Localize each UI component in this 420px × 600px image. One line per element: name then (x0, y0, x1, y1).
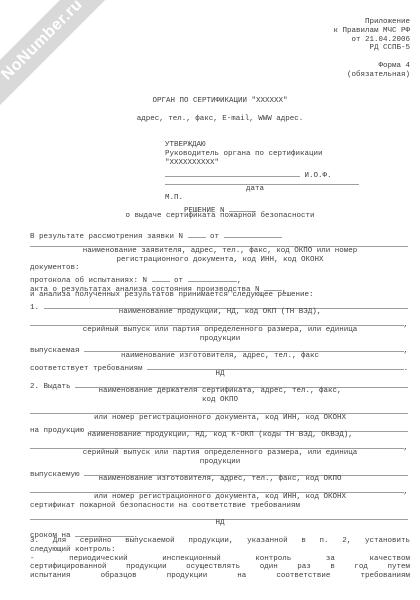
fill-line (30, 511, 410, 520)
body-line: и анализа полученных результатов принима… (30, 291, 410, 300)
stamp-hint: М.П. (30, 194, 410, 203)
fill-line: , (30, 440, 410, 449)
appendix-line: Приложение (30, 18, 410, 27)
doc-text: следующий контроль: (30, 546, 116, 554)
fill-in-blank (188, 229, 206, 238)
body-line: выпускаемую (30, 467, 410, 476)
hint-line: наименование изготовителя, адрес, тел., … (30, 352, 410, 361)
doc-text: адрес, тел., факс, E-mail, WWW адрес. (137, 115, 304, 123)
body-line: следующий контроль: (30, 546, 410, 555)
hint-line: наименование держателя сертификата, адре… (30, 387, 410, 396)
body-line: испытания образцов продукции на соответс… (30, 572, 410, 581)
doc-text: сертификат пожарной безопасности на соот… (30, 502, 300, 510)
org-contacts: адрес, тел., факс, E-mail, WWW адрес. (30, 115, 410, 124)
fill-in-blank (165, 168, 300, 177)
fill-in-blank (84, 343, 404, 352)
doc-text: дата (246, 185, 264, 193)
doc-text: наименование заявителя, адрес, тел., фак… (83, 247, 358, 255)
doc-text: и анализа полученных результатов принима… (30, 291, 314, 299)
doc-text: Приложение (365, 18, 410, 26)
hint-line: наименование продукции, НД, код К-ОКП (к… (30, 431, 410, 440)
hint-line: продукции (30, 458, 410, 467)
approval-block: Руководитель органа по сертификации (30, 150, 410, 159)
doc-text: УТВЕРЖДАЮ (165, 141, 206, 149)
fill-in-blank (229, 203, 256, 212)
date-hint: дата (30, 185, 410, 194)
doc-text: , (404, 444, 409, 452)
doc-text: регистрационного документа, код ИНН, код… (116, 256, 323, 264)
hint-line: регистрационного документа, код ИНН, код… (30, 256, 410, 265)
doc-text: серийный выпуск или партия определенного… (83, 449, 358, 457)
doc-text: выпускаемую (30, 471, 84, 479)
hint-line: или номер регистрационного документа, ко… (30, 414, 410, 423)
fill-in-blank (224, 229, 283, 238)
doc-text: РД ССПБ-5 (369, 44, 410, 52)
decision-title: РЕШЕНИЕ N (30, 203, 410, 212)
body-line: В результате рассмотрения заявки N от (30, 229, 410, 238)
hint-line: наименование продукции, НД, код ОКП (ТН … (30, 308, 410, 317)
doc-text: документов: (30, 264, 80, 272)
decision-subtitle: о выдаче сертификата пожарной безопаснос… (30, 212, 410, 221)
doc-text: 2. Выдать (30, 383, 75, 391)
doc-text: к Правилам МЧС РФ (333, 27, 410, 35)
doc-text: НД (215, 519, 224, 527)
doc-text: "XXXXXXXXXX" (165, 159, 219, 167)
doc-text: от 21.04.2006 (351, 36, 410, 44)
blank-line (30, 124, 410, 133)
signature-line: И.О.Ф. (30, 168, 410, 177)
blank-line (30, 106, 410, 115)
hint-line: продукции (30, 335, 410, 344)
doc-text: наименование продукции, НД, код К-ОКП (к… (87, 431, 353, 439)
doc-text: 3. Для серийно выпускаемой продукции, ук… (30, 537, 410, 545)
blank-line (30, 132, 410, 141)
item-3: 3. Для серийно выпускаемой продукции, ук… (30, 537, 410, 546)
doc-text: наименование изготовителя, адрес, тел., … (121, 352, 319, 360)
form-mark: Форма 4 (30, 62, 410, 71)
item-2: 2. Выдать (30, 379, 410, 388)
body-line: соответствует требованиям . (30, 361, 410, 370)
hint-line: или номер регистрационного документа, ко… (30, 493, 410, 502)
form-mark: (обязательная) (30, 71, 410, 80)
fill-in-blank (89, 423, 409, 432)
doc-text: наименование продукции, НД, код ОКП (ТН … (119, 308, 322, 316)
doc-text: сертифицированной продукции осуществлять… (30, 563, 410, 571)
doc-text: соответствует требованиям (30, 365, 147, 373)
doc-text: НД (215, 370, 224, 378)
fill-in-blank (152, 273, 170, 282)
appendix-line: от 21.04.2006 (30, 36, 410, 45)
blank-line (30, 220, 410, 229)
hint-line: наименование заявителя, адрес, тел., фак… (30, 247, 410, 256)
body-line: сроком на . (30, 528, 410, 537)
doc-text: - периодический инспекционный контроль з… (30, 555, 410, 563)
doc-text: наименование изготовителя, адрес, тел., … (98, 475, 341, 483)
fill-in-blank (264, 282, 282, 291)
fill-in-blank (30, 511, 408, 520)
body-line: документов: (30, 264, 410, 273)
org-title: ОРГАН ПО СЕРТИФИКАЦИИ "XXXXXX" (30, 97, 410, 106)
fill-in-blank (188, 273, 238, 282)
fill-in-blank (30, 440, 404, 449)
doc-text: или номер регистрационного документа, ко… (94, 414, 346, 422)
body-line: сертифицированной продукции осуществлять… (30, 563, 410, 572)
blank-line (30, 88, 410, 97)
doc-text: 1. (30, 304, 44, 312)
doc-text: , (404, 321, 409, 329)
date-line (30, 176, 410, 185)
doc-text: ОРГАН ПО СЕРТИФИКАЦИИ "XXXXXX" (152, 97, 287, 105)
doc-text: испытания образцов продукции на соответс… (30, 572, 410, 580)
doc-text: или номер регистрационного документа, ко… (94, 493, 346, 501)
appendix-line: к Правилам МЧС РФ (30, 27, 410, 36)
fill-line (30, 238, 410, 247)
fill-in-blank (30, 405, 408, 414)
doc-text: на продукцию (30, 427, 89, 435)
blank-line (30, 80, 410, 89)
fill-in-blank (30, 317, 404, 326)
doc-text: код ОКПО (202, 396, 238, 404)
appendix-line: РД ССПБ-5 (30, 44, 410, 53)
blank-line (30, 53, 410, 62)
fill-in-blank (44, 300, 409, 309)
doc-text: , (404, 347, 409, 355)
fill-line: , (30, 317, 410, 326)
doc-text: наименование держателя сертификата, адре… (98, 387, 341, 395)
fill-in-blank (75, 528, 134, 537)
fill-in-blank (30, 484, 404, 493)
fill-line: , (30, 484, 410, 493)
document-body: Приложениек Правилам МЧС РФот 21.04.2006… (30, 18, 410, 581)
approval-block: УТВЕРЖДАЮ (30, 141, 410, 150)
body-line: на продукцию (30, 423, 410, 432)
fill-in-blank (165, 176, 359, 185)
document-page: NoNumber.ru Приложениек Правилам МЧС РФо… (0, 0, 420, 600)
hint-line: наименование изготовителя, адрес, тел., … (30, 475, 410, 484)
fill-line (30, 405, 410, 414)
doc-text: , (404, 488, 409, 496)
fill-in-blank (75, 379, 408, 388)
fill-in-blank (147, 361, 404, 370)
hint-line: код ОКПО (30, 396, 410, 405)
doc-text: . (404, 365, 409, 373)
doc-text: Руководитель органа по сертификации (165, 150, 323, 158)
doc-text: (обязательная) (347, 71, 410, 79)
doc-text: о выдаче сертификата пожарной безопаснос… (125, 212, 314, 220)
body-line: сертификат пожарной безопасности на соот… (30, 502, 410, 511)
hint-line: серийный выпуск или партия определенного… (30, 449, 410, 458)
hint-line: НД (30, 519, 410, 528)
approval-block: "XXXXXXXXXX" (30, 159, 410, 168)
doc-text: Форма 4 (378, 62, 410, 70)
doc-text: серийный выпуск или партия определенного… (83, 326, 358, 334)
doc-text: М.П. (165, 194, 183, 202)
doc-text: продукции (200, 458, 241, 466)
item-1: 1. (30, 300, 410, 309)
body-line: выпускаемая , (30, 343, 410, 352)
body-line: акта о результатах анализа состояния про… (30, 282, 410, 291)
fill-in-blank (30, 238, 408, 247)
doc-text: продукции (200, 335, 241, 343)
hint-line: серийный выпуск или партия определенного… (30, 326, 410, 335)
doc-text: выпускаемая (30, 347, 84, 355)
body-line: протокола об испытаниях: N от , (30, 273, 410, 282)
fill-in-blank (84, 467, 408, 476)
